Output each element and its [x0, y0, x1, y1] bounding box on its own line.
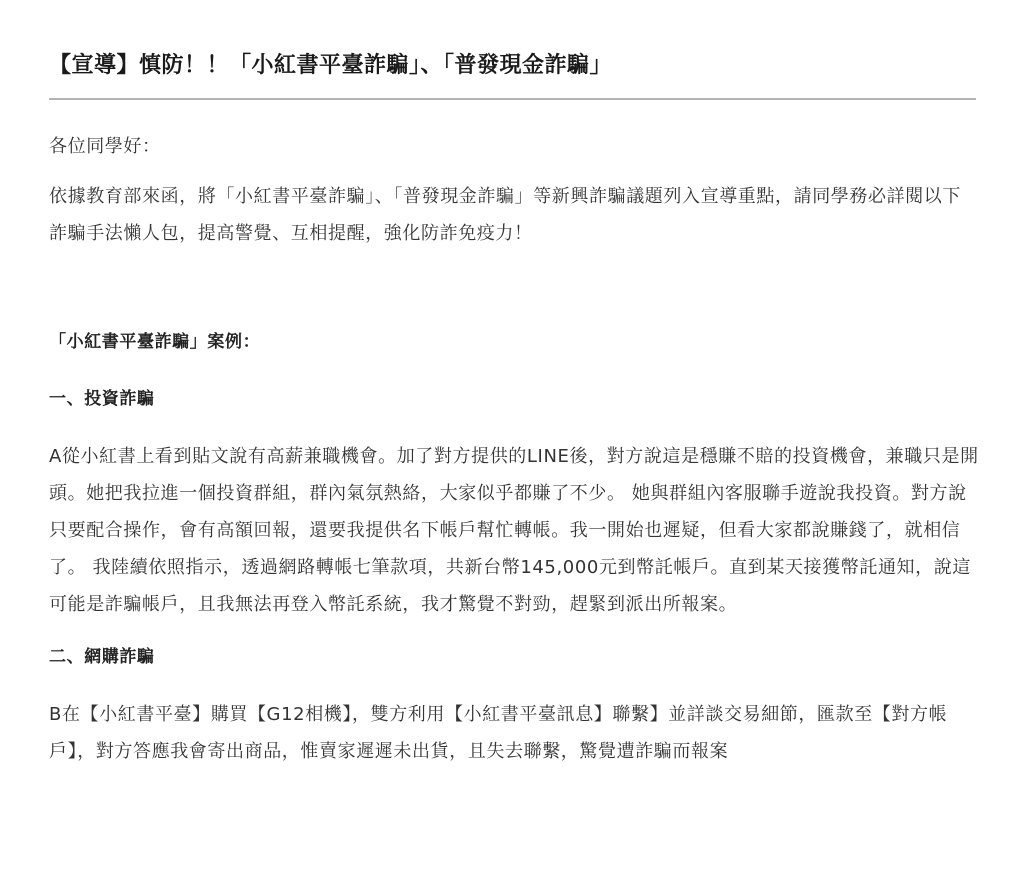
- article: 【宣導】慎防！！「小紅書平臺詐騙」、「普發現金詐騙」 各位同學好： 依據教育部來…: [0, 0, 1024, 890]
- case-heading-investment: 一、投資詐騙: [49, 381, 979, 418]
- case-body-investment: A從小紅書上看到貼文說有高薪兼職機會。加了對方提供的LINE後，對方說這是穩賺不…: [49, 438, 979, 623]
- article-title: 【宣導】慎防！！「小紅書平臺詐騙」、「普發現金詐騙」: [49, 48, 989, 84]
- article-content: 各位同學好： 依據教育部來函，將「小紅書平臺詐騙」、「普發現金詐騙」等新興詐騙議…: [49, 128, 979, 786]
- case-body-online-shopping: B在【小紅書平臺】購買【G12相機】，雙方利用【小紅書平臺訊息】聯繫】並詳談交易…: [49, 696, 979, 770]
- section-title: 「小紅書平臺詐騙」案例：: [49, 324, 979, 361]
- title-divider: [49, 98, 976, 100]
- greeting: 各位同學好：: [49, 128, 979, 165]
- case-heading-online-shopping: 二、網購詐騙: [49, 639, 979, 676]
- intro-paragraph: 依據教育部來函，將「小紅書平臺詐騙」、「普發現金詐騙」等新興詐騙議題列入宣導重點…: [49, 178, 979, 252]
